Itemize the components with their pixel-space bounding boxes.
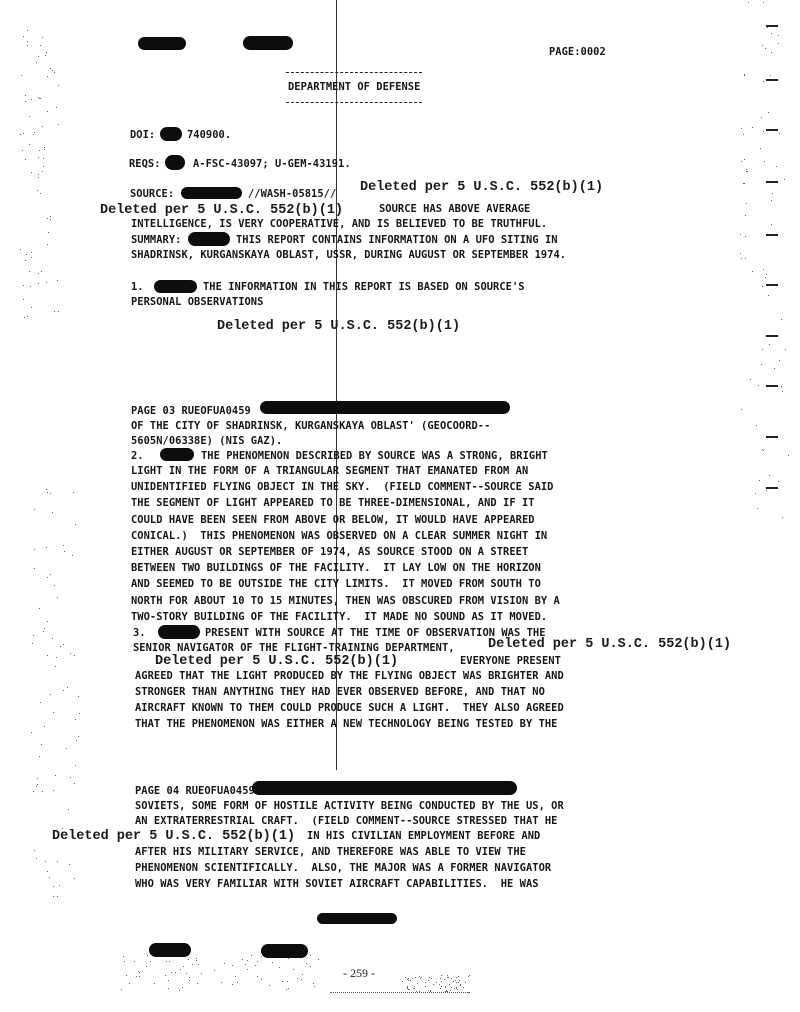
redaction-summary bbox=[188, 232, 230, 246]
scan-speck bbox=[57, 861, 58, 862]
scan-speck bbox=[139, 976, 140, 977]
scan-speck bbox=[169, 961, 170, 962]
redaction-stamp-navigator: Deleted per 5 U.S.C. 552(b)(1) bbox=[488, 638, 731, 652]
scan-speck bbox=[765, 277, 766, 278]
scan-speck bbox=[743, 134, 744, 135]
scan-speck bbox=[409, 989, 410, 990]
scan-speck bbox=[45, 55, 46, 56]
scan-speck bbox=[52, 70, 53, 71]
scan-speck bbox=[414, 986, 415, 987]
scan-speck bbox=[37, 190, 38, 191]
scan-speck bbox=[402, 981, 403, 982]
scan-speck bbox=[288, 988, 289, 989]
scan-speck bbox=[306, 963, 307, 964]
scan-speck bbox=[58, 124, 59, 125]
scan-speck bbox=[37, 778, 38, 779]
scan-speck bbox=[50, 694, 51, 695]
paragraph-3-line: AGREED THAT THE LIGHT PRODUCED BY THE FL… bbox=[135, 670, 564, 684]
scan-speck bbox=[769, 475, 770, 476]
scan-speck bbox=[245, 964, 246, 965]
scan-speck bbox=[440, 988, 441, 989]
scan-speck bbox=[189, 977, 190, 978]
scan-speck bbox=[455, 980, 456, 981]
scan-speck bbox=[762, 349, 763, 350]
scan-speck bbox=[768, 295, 769, 296]
scan-speck bbox=[419, 991, 420, 992]
edge-tick bbox=[766, 335, 778, 337]
scan-speck bbox=[32, 643, 33, 644]
scan-speck bbox=[430, 991, 431, 992]
scan-speck bbox=[232, 984, 233, 985]
scan-speck bbox=[29, 116, 30, 117]
scan-speck bbox=[41, 744, 42, 745]
scan-speck bbox=[31, 99, 32, 100]
scan-speck bbox=[439, 984, 440, 985]
scan-speck bbox=[50, 216, 51, 217]
scan-speck bbox=[433, 984, 434, 985]
scan-speck bbox=[410, 980, 411, 981]
scan-speck bbox=[460, 985, 461, 986]
scan-speck bbox=[287, 981, 288, 982]
scan-speck bbox=[33, 134, 34, 135]
scan-speck bbox=[50, 68, 51, 69]
scan-speck bbox=[47, 244, 48, 245]
scan-speck bbox=[741, 258, 742, 259]
scan-speck bbox=[168, 980, 169, 981]
scan-speck bbox=[761, 117, 762, 118]
reqs-label: REQS: bbox=[129, 158, 161, 172]
scan-speck bbox=[40, 193, 41, 194]
scan-speck bbox=[449, 984, 450, 985]
page-04-line-after-stamp: IN HIS CIVILIAN EMPLOYMENT BEFORE AND bbox=[307, 830, 540, 844]
scan-speck bbox=[740, 253, 741, 254]
scan-speck bbox=[192, 964, 193, 965]
scan-speck bbox=[465, 982, 466, 983]
scan-speck bbox=[29, 144, 30, 145]
scan-speck bbox=[768, 112, 769, 113]
scan-speck bbox=[318, 959, 319, 960]
scan-speck bbox=[741, 128, 742, 129]
scan-speck bbox=[415, 977, 416, 978]
scan-speck bbox=[58, 85, 59, 86]
scan-speck bbox=[458, 982, 459, 983]
scan-speck bbox=[251, 955, 252, 956]
scan-speck bbox=[778, 35, 779, 36]
scan-speck bbox=[425, 982, 426, 983]
scan-speck bbox=[771, 52, 772, 53]
paragraph-1-line-2: PERSONAL OBSERVATIONS bbox=[131, 296, 263, 310]
scan-speck bbox=[74, 783, 75, 784]
scan-speck bbox=[37, 784, 38, 785]
edge-tick bbox=[766, 129, 778, 131]
scan-speck bbox=[29, 271, 30, 272]
scan-speck bbox=[27, 45, 28, 46]
scan-speck bbox=[52, 638, 53, 639]
scan-speck bbox=[34, 549, 35, 550]
scan-speck bbox=[36, 858, 37, 859]
header-rule-bottom bbox=[286, 102, 422, 103]
scan-speck bbox=[447, 991, 448, 992]
page-label: PAGE:0002 bbox=[549, 46, 606, 60]
scan-speck bbox=[147, 955, 148, 956]
redaction-stamp-intelligence: Deleted per 5 U.S.C. 552(b)(1) bbox=[100, 204, 343, 218]
scan-speck bbox=[272, 962, 273, 963]
scan-speck bbox=[454, 988, 455, 989]
scan-speck bbox=[47, 621, 48, 622]
scan-speck bbox=[746, 171, 747, 172]
scan-speck bbox=[221, 982, 222, 983]
scan-speck bbox=[247, 960, 248, 961]
scan-speck bbox=[441, 986, 442, 987]
scan-speck bbox=[407, 988, 408, 989]
scan-speck bbox=[282, 981, 283, 982]
scan-speck bbox=[74, 878, 75, 879]
scan-speck bbox=[279, 967, 280, 968]
scan-speck bbox=[33, 791, 34, 792]
scan-speck bbox=[42, 126, 43, 127]
scan-speck bbox=[54, 311, 55, 312]
scan-speck bbox=[186, 973, 187, 974]
scan-speck bbox=[42, 171, 43, 172]
scan-speck bbox=[30, 286, 31, 287]
scan-speck bbox=[134, 961, 135, 962]
scan-speck bbox=[54, 72, 55, 73]
scan-speck bbox=[27, 316, 28, 317]
source-value: //WASH-05815// bbox=[248, 188, 336, 202]
scan-speck bbox=[293, 969, 294, 970]
source-assessment: SOURCE HAS ABOVE AVERAGE bbox=[379, 203, 530, 217]
scan-speck bbox=[56, 657, 57, 658]
scan-speck bbox=[43, 166, 44, 167]
scan-speck bbox=[460, 984, 461, 985]
redaction-paragraph-2 bbox=[160, 448, 194, 461]
scan-speck bbox=[235, 976, 236, 977]
scan-speck bbox=[782, 517, 783, 518]
scan-speck bbox=[417, 983, 418, 984]
page-04-header: PAGE 04 RUEOFUA0459 bbox=[135, 785, 255, 799]
redaction-stamp-paragraph-1: Deleted per 5 U.S.C. 552(b)(1) bbox=[217, 320, 460, 334]
scan-speck bbox=[781, 319, 782, 320]
scan-speck bbox=[413, 988, 414, 989]
scan-speck bbox=[743, 183, 744, 184]
scan-speck bbox=[47, 655, 48, 656]
scan-speck bbox=[750, 379, 751, 380]
scan-speck bbox=[198, 964, 199, 965]
scan-speck bbox=[75, 765, 76, 766]
scan-speck bbox=[136, 976, 137, 977]
scan-speck bbox=[52, 512, 53, 513]
redaction-paragraph-1 bbox=[154, 280, 197, 293]
scan-speck bbox=[20, 134, 21, 135]
paragraph-2-line: EITHER AUGUST OR SEPTEMBER OF 1974, AS S… bbox=[131, 546, 528, 560]
scan-speck bbox=[43, 631, 44, 632]
paragraph-2-line: NORTH FOR ABOUT 10 TO 15 MINUTES, THEN W… bbox=[131, 594, 560, 608]
scan-speck bbox=[40, 702, 41, 703]
scan-speck bbox=[310, 955, 311, 956]
scan-speck bbox=[124, 961, 125, 962]
redaction-footer-left bbox=[149, 943, 191, 957]
scan-speck bbox=[441, 981, 442, 982]
scan-speck bbox=[748, 2, 749, 3]
scan-speck bbox=[36, 786, 37, 787]
scan-speck bbox=[428, 990, 429, 991]
scan-speck bbox=[782, 391, 783, 392]
scan-speck bbox=[255, 965, 256, 966]
scan-speck bbox=[313, 983, 314, 984]
scan-speck bbox=[288, 958, 289, 959]
scan-speck bbox=[745, 236, 746, 237]
scan-speck bbox=[121, 989, 122, 990]
paragraph-2-line: COULD HAVE BEEN SEEN FROM ABOVE OR BELOW… bbox=[131, 513, 535, 527]
scan-speck bbox=[26, 254, 27, 255]
redaction-top-left bbox=[138, 37, 186, 50]
scan-speck bbox=[38, 56, 39, 57]
paragraph-2-first-line: THE PHENOMENON DESCRIBED BY SOURCE WAS A… bbox=[201, 450, 548, 464]
header-title: DEPARTMENT OF DEFENSE bbox=[288, 81, 420, 95]
scan-speck bbox=[46, 52, 47, 53]
scan-speck bbox=[31, 257, 32, 258]
scan-speck bbox=[778, 481, 779, 482]
scan-speck bbox=[39, 150, 40, 151]
document-page: PAGE:0002 DEPARTMENT OF DEFENSE DOI: 740… bbox=[0, 0, 800, 1012]
scan-speck bbox=[165, 975, 166, 976]
scan-speck bbox=[46, 282, 47, 283]
scan-speck bbox=[745, 215, 746, 216]
scan-speck bbox=[70, 653, 71, 654]
scan-speck bbox=[232, 965, 233, 966]
scan-speck bbox=[41, 271, 42, 272]
source-assessment-2: INTELLIGENCE, IS VERY COOPERATIVE, AND I… bbox=[131, 218, 547, 232]
scan-speck bbox=[419, 976, 420, 977]
redaction-stamp-page-04: Deleted per 5 U.S.C. 552(b)(1) bbox=[52, 830, 295, 844]
scan-speck bbox=[247, 969, 248, 970]
paragraph-2-line: AND SEEMED TO BE OUTSIDE THE CITY LIMITS… bbox=[131, 578, 541, 592]
scan-speck bbox=[75, 719, 76, 720]
scan-speck bbox=[445, 987, 446, 988]
scan-speck bbox=[779, 133, 780, 134]
redaction-page-03-header bbox=[260, 401, 510, 414]
scan-speck bbox=[44, 149, 45, 150]
scan-speck bbox=[257, 961, 258, 962]
scan-speck bbox=[44, 147, 45, 148]
summary-label: SUMMARY: bbox=[131, 234, 181, 248]
scan-speck bbox=[180, 969, 181, 970]
scan-speck bbox=[40, 45, 41, 46]
scan-speck bbox=[23, 133, 24, 134]
scan-speck bbox=[63, 690, 64, 691]
scan-speck bbox=[752, 127, 753, 128]
scan-speck bbox=[31, 732, 32, 733]
scan-speck bbox=[34, 509, 35, 510]
scan-speck bbox=[73, 492, 74, 493]
scan-speck bbox=[40, 98, 41, 99]
scan-speck bbox=[447, 975, 448, 976]
scan-speck bbox=[34, 132, 35, 133]
redaction-top-center bbox=[243, 36, 293, 50]
redaction-doi bbox=[160, 127, 182, 141]
scan-speck bbox=[765, 48, 766, 49]
scan-speck bbox=[468, 976, 469, 977]
scan-speck bbox=[64, 551, 65, 552]
scan-speck bbox=[45, 861, 46, 862]
scan-speck bbox=[450, 990, 451, 991]
scan-speck bbox=[764, 161, 765, 162]
scan-speck bbox=[770, 75, 771, 76]
scan-speck bbox=[39, 98, 40, 99]
scan-speck bbox=[53, 712, 54, 713]
scan-speck bbox=[752, 271, 753, 272]
scan-speck bbox=[20, 249, 21, 250]
scan-speck bbox=[166, 961, 167, 962]
scan-speck bbox=[39, 756, 40, 757]
scan-speck bbox=[196, 960, 197, 961]
scan-speck bbox=[453, 981, 454, 982]
scan-speck bbox=[756, 425, 757, 426]
paragraph-2-line: THE SEGMENT OF LIGHT APPEARED TO BE THRE… bbox=[131, 497, 535, 511]
scan-speck bbox=[420, 978, 421, 979]
scan-speck bbox=[763, 81, 764, 82]
scan-speck bbox=[746, 203, 747, 204]
scan-speck bbox=[22, 150, 23, 151]
scan-speck bbox=[456, 987, 457, 988]
scan-speck bbox=[23, 36, 24, 37]
header-rule-top bbox=[286, 72, 422, 73]
scan-speck bbox=[42, 37, 43, 38]
page-04-line: AN EXTRATERRESTRIAL CRAFT. (FIELD COMMEN… bbox=[135, 815, 557, 829]
scan-speck bbox=[75, 524, 76, 525]
scan-speck bbox=[168, 988, 169, 989]
scan-speck bbox=[50, 493, 51, 494]
scan-speck bbox=[759, 480, 760, 481]
scan-speck bbox=[63, 644, 64, 645]
scan-speck bbox=[42, 791, 43, 792]
scan-speck bbox=[740, 234, 741, 235]
scan-speck bbox=[146, 966, 147, 967]
edge-tick bbox=[766, 436, 778, 438]
paragraph-2-number: 2. bbox=[131, 450, 144, 464]
scan-speck bbox=[297, 978, 298, 979]
scan-speck bbox=[441, 975, 442, 976]
scan-speck bbox=[463, 987, 464, 988]
scan-speck bbox=[436, 982, 437, 983]
paragraph-2-line: LIGHT IN THE FORM OF A TRIANGULAR SEGMEN… bbox=[131, 465, 528, 479]
redaction-stamp-source: Deleted per 5 U.S.C. 552(b)(1) bbox=[360, 181, 603, 195]
scan-speck bbox=[302, 974, 303, 975]
scan-speck bbox=[760, 148, 761, 149]
paragraph-3-line: THAT THE PHENOMENON WAS EITHER A NEW TEC… bbox=[135, 718, 557, 732]
scan-speck bbox=[763, 269, 764, 270]
scan-speck bbox=[744, 183, 745, 184]
scan-speck bbox=[766, 274, 767, 275]
scan-speck bbox=[774, 368, 775, 369]
scan-speck bbox=[286, 989, 287, 990]
redaction-footer-mid bbox=[261, 944, 308, 958]
scan-speck bbox=[57, 280, 58, 281]
scan-speck bbox=[428, 980, 429, 981]
scan-speck bbox=[741, 161, 742, 162]
scan-speck bbox=[224, 963, 225, 964]
scan-speck bbox=[139, 972, 140, 973]
paragraph-3-number: 3. bbox=[133, 627, 146, 641]
scan-speck bbox=[412, 978, 413, 979]
summary-line-2: SHADRINSK, KURGANSKAYA OBLAST, USSR, DUR… bbox=[131, 249, 566, 263]
scan-speck bbox=[408, 978, 409, 979]
scan-speck bbox=[269, 985, 270, 986]
scan-speck bbox=[46, 547, 47, 548]
scan-speck bbox=[769, 344, 770, 345]
scan-speck bbox=[50, 574, 51, 575]
scan-speck bbox=[445, 991, 446, 992]
edge-tick bbox=[766, 234, 778, 236]
scan-speck bbox=[301, 979, 302, 980]
paragraph-2-line: UNIDENTIFIED FLYING OBJECT IN THE SKY. (… bbox=[131, 481, 553, 495]
scan-speck bbox=[741, 409, 742, 410]
scan-speck bbox=[47, 76, 48, 77]
scan-speck bbox=[56, 107, 57, 108]
scan-speck bbox=[431, 978, 432, 979]
scan-speck bbox=[154, 983, 155, 984]
scan-speck bbox=[31, 172, 32, 173]
edge-tick bbox=[766, 181, 778, 183]
scan-speck bbox=[784, 179, 785, 180]
source-label: SOURCE: bbox=[130, 188, 174, 202]
scan-speck bbox=[23, 299, 24, 300]
scan-speck bbox=[78, 696, 79, 697]
scan-speck bbox=[150, 961, 151, 962]
scan-speck bbox=[776, 166, 777, 167]
scan-speck bbox=[66, 748, 67, 749]
footer-rule bbox=[330, 992, 470, 993]
paragraph-2-line: TWO-STORY BUILDING OF THE FACILITY. IT M… bbox=[131, 610, 547, 624]
scan-speck bbox=[761, 364, 762, 365]
scan-speck bbox=[744, 75, 745, 76]
scan-speck bbox=[48, 232, 49, 233]
scan-speck bbox=[57, 896, 58, 897]
paragraph-2-line: BETWEEN TWO BUILDINGS OF THE FACILITY. I… bbox=[131, 562, 541, 576]
scan-speck bbox=[63, 545, 64, 546]
scan-speck bbox=[771, 200, 772, 201]
page-04-line: AFTER HIS MILITARY SERVICE, AND THEREFOR… bbox=[135, 846, 526, 860]
page-03-line: OF THE CITY OF SHADRINSK, KURGANSKAYA OB… bbox=[131, 420, 490, 434]
scan-speck bbox=[25, 159, 26, 160]
scan-speck bbox=[785, 349, 786, 350]
scan-speck bbox=[767, 27, 768, 28]
scan-speck bbox=[314, 986, 315, 987]
scan-speck bbox=[766, 490, 767, 491]
paragraph-3-line-3-tail: EVERYONE PRESENT bbox=[460, 655, 561, 669]
scan-speck bbox=[27, 41, 28, 42]
scan-speck bbox=[440, 978, 441, 979]
scan-speck bbox=[33, 635, 34, 636]
scan-speck bbox=[39, 608, 40, 609]
scan-speck bbox=[47, 218, 48, 219]
scan-speck bbox=[36, 62, 37, 63]
scan-speck bbox=[38, 157, 39, 158]
scan-speck bbox=[310, 966, 311, 967]
scan-speck bbox=[53, 790, 54, 791]
redaction-reqs bbox=[165, 155, 185, 170]
scan-speck bbox=[237, 982, 238, 983]
scan-speck bbox=[763, 2, 764, 3]
scan-speck bbox=[763, 450, 764, 451]
scan-speck bbox=[459, 980, 460, 981]
scan-speck bbox=[451, 987, 452, 988]
scan-speck bbox=[214, 970, 215, 971]
scan-speck bbox=[72, 555, 73, 556]
scan-speck bbox=[38, 273, 39, 274]
scan-speck bbox=[68, 809, 69, 810]
scan-speck bbox=[744, 159, 745, 160]
